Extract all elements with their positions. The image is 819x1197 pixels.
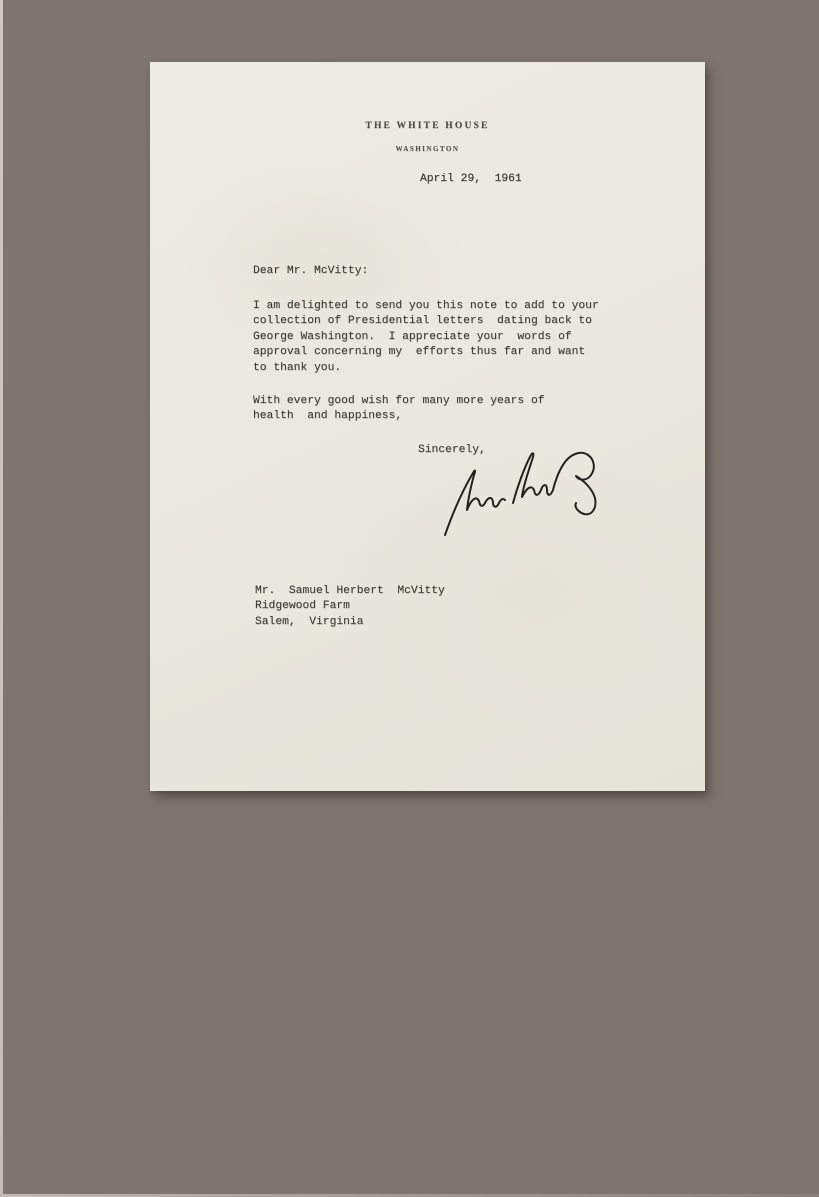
body-paragraph-2: With every good wish for many more years… bbox=[253, 394, 545, 425]
photo-background: THE WHITE HOUSE WASHINGTON April 29, 196… bbox=[0, 0, 819, 1197]
recipient-address: Mr. Samuel Herbert McVitty Ridgewood Far… bbox=[255, 584, 445, 630]
letter-document: THE WHITE HOUSE WASHINGTON April 29, 196… bbox=[150, 62, 705, 791]
letterhead-subtitle: WASHINGTON bbox=[150, 145, 705, 153]
handwritten-signature bbox=[443, 448, 601, 540]
body-paragraph-1: I am delighted to send you this note to … bbox=[253, 299, 599, 376]
salutation: Dear Mr. McVitty: bbox=[253, 264, 368, 279]
letter-date: April 29, 1961 bbox=[420, 172, 522, 187]
letterhead-title: THE WHITE HOUSE bbox=[150, 121, 705, 131]
scan-edge-left bbox=[0, 0, 3, 1197]
